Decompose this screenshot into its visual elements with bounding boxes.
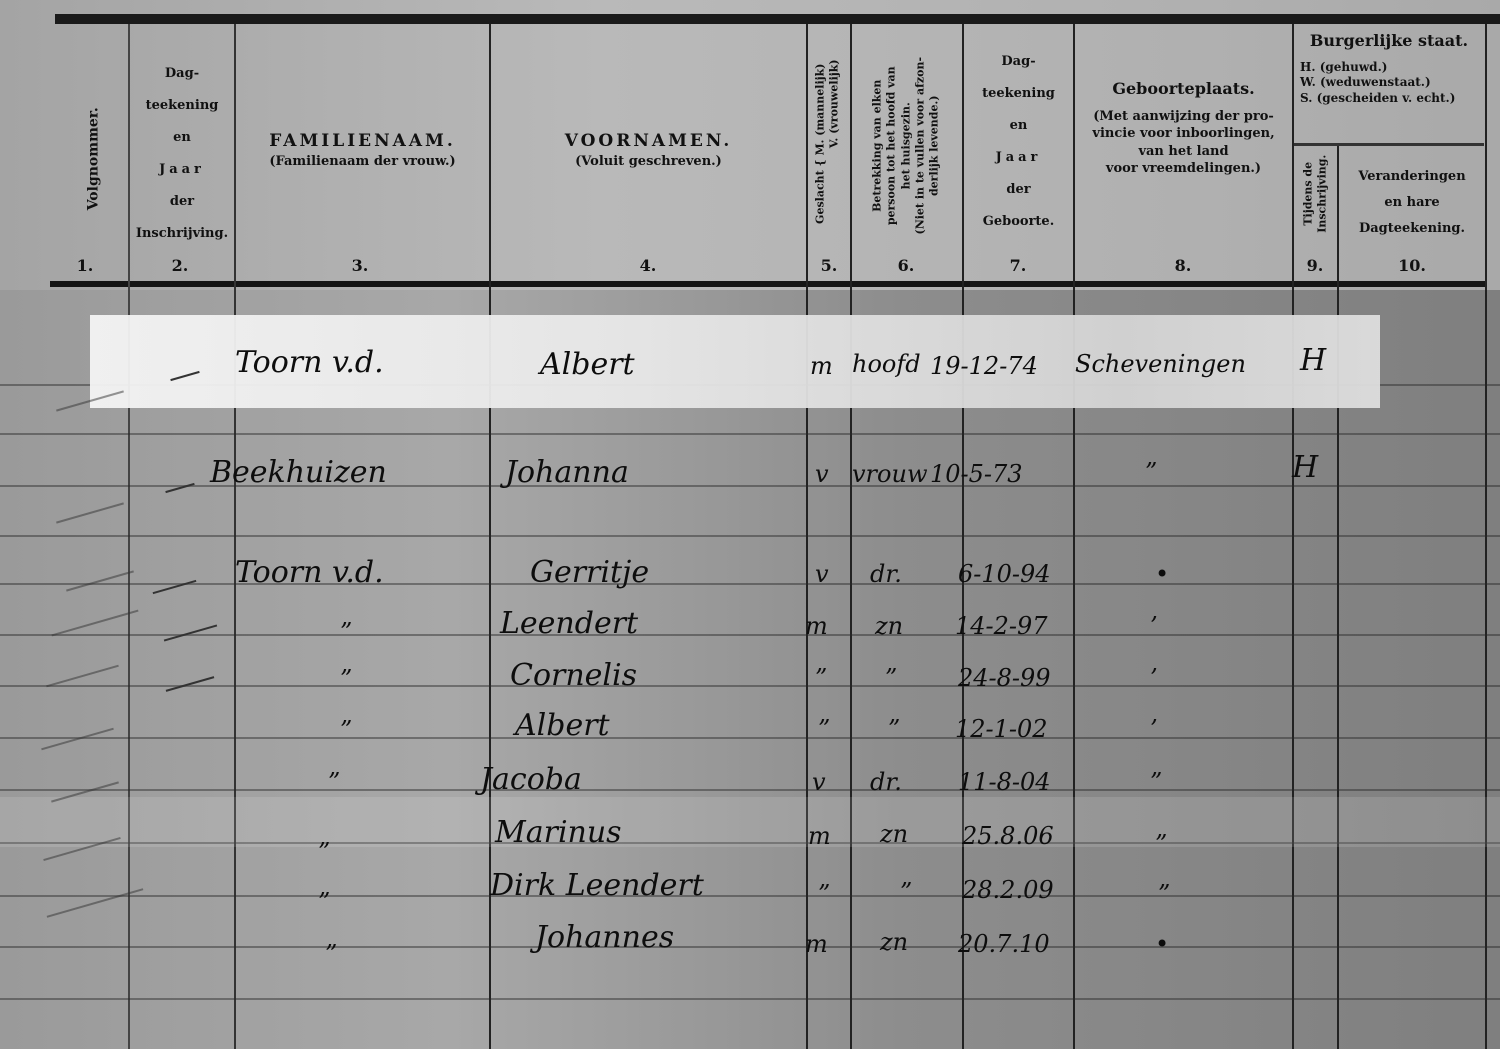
- header-line: der: [130, 186, 234, 218]
- scan-band: [0, 797, 1500, 847]
- voornamen-cell: Albert: [540, 347, 635, 382]
- register-page: Volgnommer. 1. Dag- teekening en Jaar de…: [0, 0, 1500, 1049]
- header-line: Dag-: [130, 58, 234, 90]
- voornamen-cell: Johanna: [505, 455, 629, 490]
- ruled-line: [0, 998, 1500, 1000]
- header-line: Dagteekening.: [1339, 216, 1485, 242]
- geslacht-cell: m: [805, 930, 828, 958]
- familienaam-subtitle: (Familienaam der vrouw.): [236, 153, 489, 171]
- ruled-line: [0, 737, 1500, 739]
- geboorte-cell: 19-12-74: [930, 352, 1038, 380]
- col9-number: 9.: [1300, 256, 1330, 275]
- column-divider: [1337, 143, 1339, 1049]
- header-line: en: [130, 122, 234, 154]
- burgerlijke-staat-header: Burgerlijke staat. H. (gehuwd.) W. (wedu…: [1294, 30, 1484, 106]
- voornamen-cell: Johannes: [535, 920, 674, 955]
- col5-number: 5.: [814, 256, 844, 275]
- ruled-line: [0, 895, 1500, 897]
- geboorteplaats-cell: ’: [1150, 715, 1158, 743]
- familienaam-cell: Beekhuizen: [210, 455, 387, 490]
- geboorte-cell: 12-1-02: [955, 715, 1048, 743]
- geslacht-cell: m: [808, 822, 831, 850]
- geboorte-cell: 6-10-94: [958, 560, 1051, 588]
- betrekking-cell: dr.: [870, 768, 902, 796]
- legend-line: H. (gehuwd.): [1300, 60, 1484, 76]
- col3-header: FAMILIENAAM. (Familienaam der vrouw.): [236, 130, 489, 170]
- margin-dash: [153, 580, 197, 594]
- geslacht-cell: v: [812, 768, 826, 796]
- header-line: Inschrijving.: [1315, 134, 1329, 254]
- col1-header: Volgnommer.: [85, 89, 103, 229]
- familienaam-cell: ”: [325, 940, 337, 968]
- geslacht-cell: v: [815, 560, 829, 588]
- geboorte-cell: 24-8-99: [958, 664, 1051, 692]
- geboorteplaats-cell: ’: [1150, 664, 1158, 692]
- ruled-line: [0, 583, 1500, 585]
- margin-dash: [164, 624, 217, 641]
- margin-dash: [46, 665, 119, 688]
- geslacht-cell: ”: [815, 664, 827, 692]
- familienaam-cell: ”: [340, 618, 352, 646]
- geboorteplaats-cell: •: [1155, 930, 1169, 958]
- familienaam-cell: ”: [340, 716, 352, 744]
- legend-line: S. (gescheiden v. echt.): [1300, 91, 1484, 107]
- legend-line: W. (weduwenstaat.): [1300, 75, 1484, 91]
- ruled-line: [0, 433, 1500, 435]
- col2-header: Dag- teekening en Jaar der Inschrijving.: [130, 58, 234, 250]
- voornamen-cell: Albert: [515, 708, 610, 743]
- betrekking-cell: zn: [880, 820, 908, 848]
- geslacht-cell: ”: [818, 880, 830, 908]
- col5-header: Geslacht { M. (mannelijk) V. (vrouwelijk…: [813, 29, 841, 259]
- geboorteplaats-cell: ”: [1145, 458, 1157, 486]
- geboorte-cell: 28.2.09: [962, 876, 1054, 904]
- ruled-line: [0, 946, 1500, 948]
- margin-dash: [166, 676, 215, 692]
- header-line: Jaar: [130, 154, 234, 186]
- familienaam-cell: Toorn v.d.: [235, 345, 384, 380]
- col7-header: Dag- teekening en Jaar der Geboorte.: [964, 46, 1073, 238]
- geboorteplaats-cell: ’: [1150, 612, 1158, 640]
- col7-number: 7.: [1003, 256, 1033, 275]
- geboorteplaats-cell: •: [1155, 560, 1169, 588]
- geboorte-cell: 25.8.06: [962, 822, 1054, 850]
- geslacht-cell: m: [810, 352, 833, 380]
- voornamen-subtitle: (Voluit geschreven.): [491, 153, 806, 171]
- betrekking-cell: ”: [900, 878, 912, 906]
- header-line: teekening: [130, 90, 234, 122]
- col4-number: 4.: [633, 256, 663, 275]
- col3-number: 3.: [345, 256, 375, 275]
- header-line: teekening: [964, 78, 1073, 110]
- header-line: en hare: [1339, 190, 1485, 216]
- geslacht-cell: ”: [818, 715, 830, 743]
- geslacht-cell: v: [815, 460, 829, 488]
- staat-cell: H: [1300, 343, 1326, 378]
- geboorte-cell: 14-2-97: [955, 612, 1048, 640]
- burgerlijke-staat-title: Burgerlijke staat.: [1294, 30, 1484, 52]
- ruled-line: [0, 634, 1500, 636]
- header-line: derlijk levende.): [927, 31, 941, 261]
- familienaam-cell: Toorn v.d.: [235, 555, 384, 590]
- col1-number: 1.: [70, 256, 100, 275]
- betrekking-cell: dr.: [870, 560, 902, 588]
- familienaam-cell: ”: [340, 665, 352, 693]
- betrekking-cell: zn: [880, 928, 908, 956]
- header-line: Betrekking van elken: [870, 31, 884, 261]
- header-line: het huisgezin.: [899, 31, 913, 261]
- voornamen-cell: Gerritje: [530, 555, 649, 590]
- geboorte-cell: 10-5-73: [930, 460, 1023, 488]
- col4-header: VOORNAMEN. (Voluit geschreven.): [491, 130, 806, 170]
- familienaam-title: FAMILIENAAM.: [236, 130, 489, 153]
- ruled-line: [0, 685, 1500, 687]
- geboorte-cell: 11-8-04: [958, 768, 1051, 796]
- header-line: Geslacht { M. (mannelijk): [813, 29, 827, 259]
- header-line: en: [964, 110, 1073, 142]
- margin-dash: [56, 502, 124, 523]
- ruled-line: [0, 535, 1500, 537]
- betrekking-cell: vrouw: [852, 460, 927, 488]
- header-line: persoon tot het hoofd van: [885, 31, 899, 261]
- familienaam-cell: ”: [328, 768, 340, 796]
- betrekking-cell: ”: [885, 664, 897, 692]
- header-line: van het land: [1075, 143, 1292, 161]
- header-line: Dag-: [964, 46, 1073, 78]
- header-line: vincie voor inboorlingen,: [1075, 125, 1292, 143]
- header-line: (Niet in te vullen voor afzon-: [913, 31, 927, 261]
- header-line: Geboorte.: [964, 206, 1073, 238]
- voornamen-cell: Marinus: [495, 815, 622, 850]
- margin-dash: [66, 570, 134, 591]
- header-line: Inschrijving.: [130, 218, 234, 250]
- header-line: V. (vrouwelijk): [827, 29, 841, 259]
- header-line: der: [964, 174, 1073, 206]
- voornamen-title: VOORNAMEN.: [491, 130, 806, 153]
- staat-cell: H: [1292, 450, 1318, 485]
- col6-header: Betrekking van elken persoon tot het hoo…: [870, 31, 941, 261]
- col6-number: 6.: [891, 256, 921, 275]
- header-line: Veranderingen: [1339, 164, 1485, 190]
- geboorteplaats-cell: ”: [1158, 880, 1170, 908]
- col8-number: 8.: [1168, 256, 1198, 275]
- header-line: Jaar: [964, 142, 1073, 174]
- col2-number: 2.: [165, 256, 195, 275]
- margin-dash: [41, 728, 114, 751]
- geboorteplaats-cell: ”: [1150, 768, 1162, 796]
- betrekking-cell: hoofd: [852, 350, 921, 378]
- voornamen-cell: Cornelis: [510, 658, 637, 693]
- header-rule: [50, 281, 1485, 287]
- voornamen-cell: Leendert: [500, 606, 638, 641]
- top-rule: [55, 14, 1500, 24]
- col8-header: Geboorteplaats. (Met aanwijzing der pro-…: [1075, 78, 1292, 178]
- header-line: voor vreemdelingen.): [1075, 160, 1292, 178]
- col10-number: 10.: [1392, 256, 1432, 275]
- geboorteplaats-title: Geboorteplaats.: [1075, 78, 1292, 100]
- voornamen-cell: Jacoba: [480, 762, 582, 797]
- familienaam-cell: ”: [318, 838, 330, 866]
- geboorte-cell: 20.7.10: [958, 930, 1050, 958]
- margin-dash: [51, 610, 138, 637]
- geboorteplaats-cell: ”: [1155, 830, 1167, 858]
- betrekking-cell: zn: [875, 612, 903, 640]
- geslacht-cell: m: [805, 612, 828, 640]
- familienaam-cell: ”: [318, 888, 330, 916]
- ruled-line: [0, 789, 1500, 791]
- col10-header: Veranderingen en hare Dagteekening.: [1339, 164, 1485, 242]
- header-line: Tijdens de: [1301, 134, 1315, 254]
- voornamen-cell: Dirk Leendert: [490, 868, 704, 903]
- geboorteplaats-cell: Scheveningen: [1075, 350, 1246, 378]
- col9-header: Tijdens de Inschrijving.: [1301, 134, 1329, 254]
- header-line: (Met aanwijzing der pro-: [1075, 108, 1292, 126]
- betrekking-cell: ”: [888, 715, 900, 743]
